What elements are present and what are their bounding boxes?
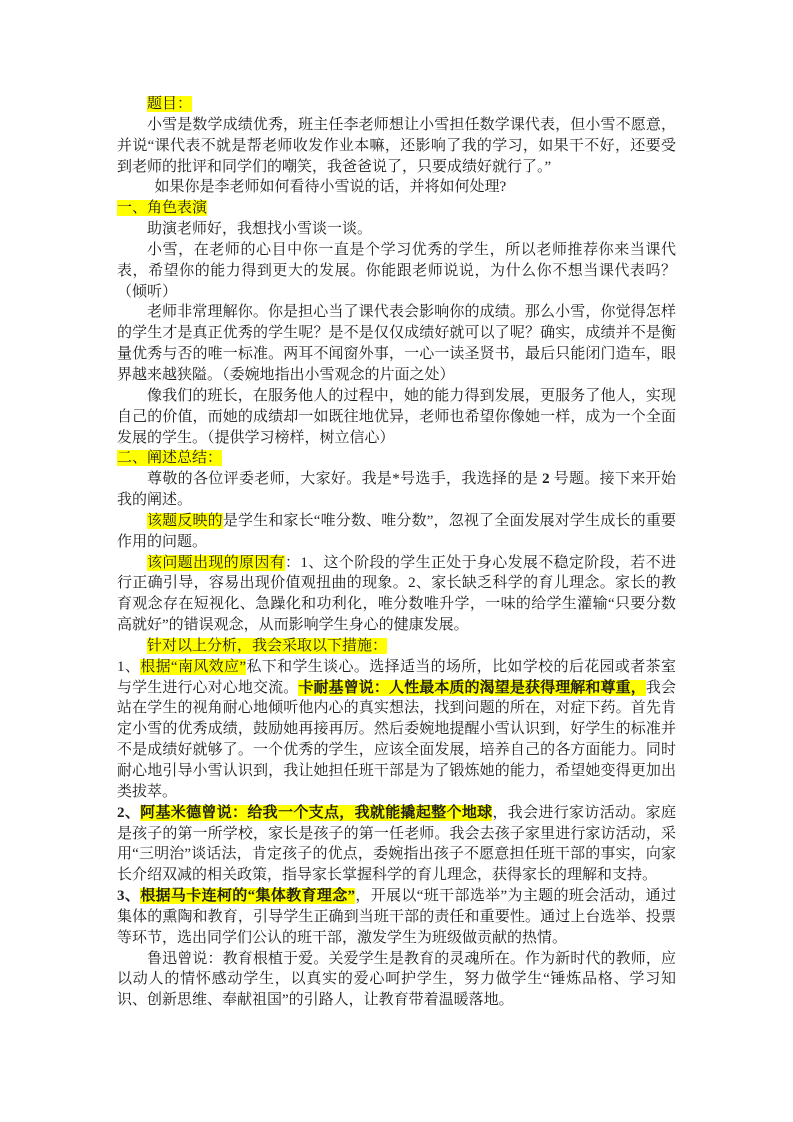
measure-1: 1、根据“南风效应”私下和学生谈心。选择适当的场所，比如学校的后花园或者茶室与学… [117,657,676,803]
highlighted-text: 根据“南风效应” [140,659,246,675]
highlighted-text: 卡耐基曾说：人性最本质的渴望是获得理解和尊重， [298,680,646,696]
highlighted-text: 一、角色表演 [117,200,207,216]
highlighted-text: 该题反映的 [147,513,223,529]
text-run: 像我们的班长，在服务他人的过程中，她的能力得到发展，更服务了他人，实现自己的价值… [117,388,676,446]
list-number: 1、 [117,659,140,675]
role-play-paragraph: 小雪，在老师的心目中你一直是个学习优秀的学生，所以老师推荐你来当课代表，希望你的… [117,240,676,303]
section-1-heading: 一、角色表演 [117,198,676,219]
highlighted-text: 该问题出现的原因有 [147,555,285,571]
highlighted-text: 二、阐述总结： [117,450,222,466]
closing-paragraph: 鲁迅曾说：教育根植于爱。关爱学生是教育的灵魂所在。作为新时代的教师，应以动人的情… [117,949,676,1012]
document-content: 题目： 小雪是数学成绩优秀，班主任李老师想让小雪担任数学课代表，但小雪不愿意，并… [117,94,676,1011]
measures-intro: 针对以上分析，我会采取以下措施： [117,636,676,657]
text-run: 如果你是李老师如何看待小雪说的话，并将如何处理? [155,179,507,195]
topic-label: 题目： [117,94,676,115]
highlighted-text: 题目： [147,96,192,112]
section-2-heading: 二、阐述总结： [117,448,676,469]
topic-question: 如果你是李老师如何看待小雪说的话，并将如何处理? [117,177,676,198]
measure-3: 3、根据马卡连柯的“集体教育理念”，开展以“班干部选举”为主题的班会活动，通过集… [117,886,676,949]
text-run: 尊敬的各位评委老师，大家好。我是*号选手，我选择的是 [147,471,542,487]
text-run: 老师非常理解你。你是担心当了课代表会影响你的成绩。那么小雪，你觉得怎样的学生才是… [117,304,676,383]
highlighted-text: 针对以上分析，我会采取以下措施： [147,638,387,654]
text-run: 鲁迅曾说：教育根植于爱。关爱学生是教育的灵魂所在。作为新时代的教师，应以动人的情… [117,951,676,1009]
text-run: 小雪是数学成绩优秀，班主任李老师想让小雪担任数学课代表，但小雪不愿意，并说“课代… [117,117,676,175]
document-page: 题目： 小雪是数学成绩优秀，班主任李老师想让小雪担任数学课代表，但小雪不愿意，并… [0,0,793,1122]
list-number: 2、 [117,805,140,821]
role-play-opening: 助演老师好，我想找小雪谈一谈。 [117,219,676,240]
topic-paragraph: 小雪是数学成绩优秀，班主任李老师想让小雪担任数学课代表，但小雪不愿意，并说“课代… [117,115,676,178]
role-play-paragraph: 老师非常理解你。你是担心当了课代表会影响你的成绩。那么小雪，你觉得怎样的学生才是… [117,302,676,385]
problem-causes: 该问题出现的原因有：1、这个阶段的学生正处于身心发展不稳定阶段，若不进行正确引导… [117,553,676,636]
bold-number: 2 [542,471,550,487]
highlighted-text: 根据马卡连柯的“集体教育理念” [140,888,355,904]
text-run: 小雪，在老师的心目中你一直是个学习优秀的学生，所以老师推荐你来当课代表，希望你的… [117,242,676,300]
opening-statement: 尊敬的各位评委老师，大家好。我是*号选手，我选择的是 2 号题。接下来开始我的阐… [117,469,676,511]
list-number: 3、 [117,888,140,904]
text-run: 我会站在学生的视角耐心地倾听他内心的真实想法，找到问题的所在，对症下药。首先肯定… [117,680,676,800]
highlighted-text: 阿基米德曾说：给我一个支点，我就能撬起整个地球 [140,805,492,821]
problem-reflection: 该题反映的是学生和家长“唯分数、唯分数”，忽视了全面发展对学生成长的重要作用的问… [117,511,676,553]
measure-2: 2、阿基米德曾说：给我一个支点，我就能撬起整个地球，我会进行家访活动。家庭是孩子… [117,803,676,886]
text-run: 助演老师好，我想找小雪谈一谈。 [147,221,372,237]
role-play-paragraph: 像我们的班长，在服务他人的过程中，她的能力得到发展，更服务了他人，实现自己的价值… [117,386,676,449]
